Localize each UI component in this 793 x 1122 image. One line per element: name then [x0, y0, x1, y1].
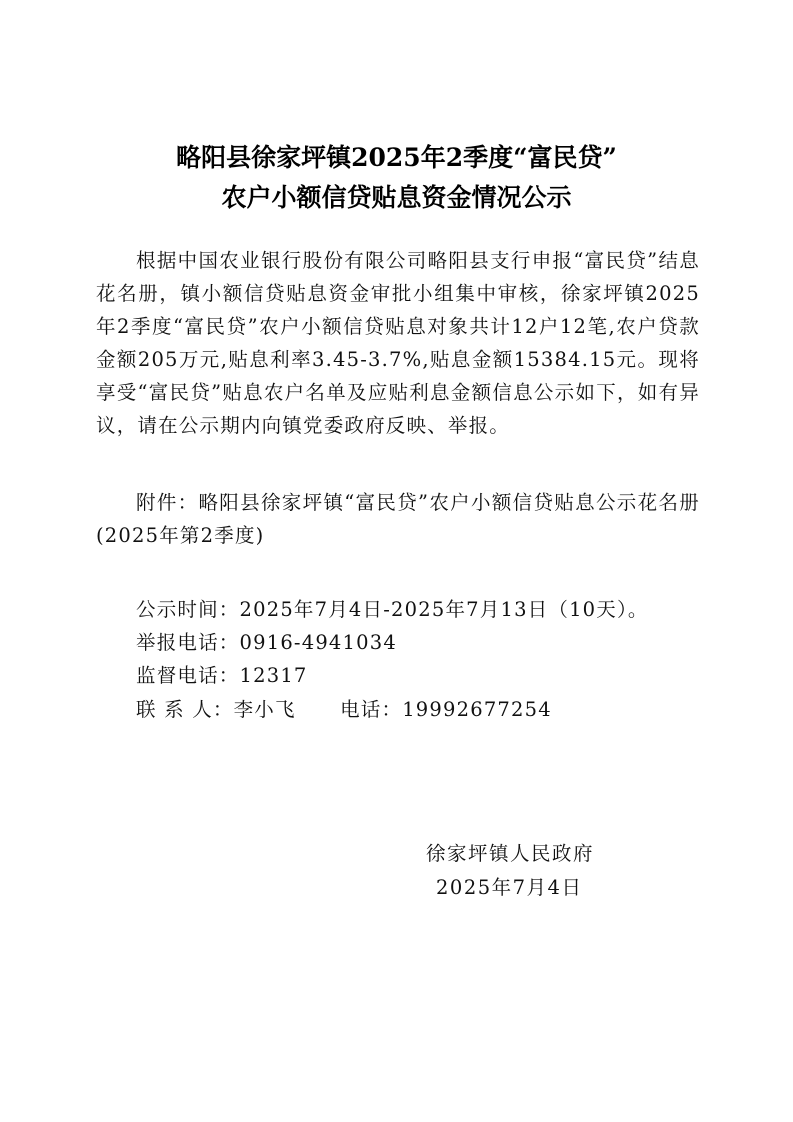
attachment-note: 附件：略阳县徐家坪镇“富民贷”农户小额信贷贴息公示花名册(2025年第2季度) — [96, 486, 700, 552]
supervision-phone: 监督电话：12317 — [136, 660, 308, 688]
notice-period: 公示时间：2025年7月4日-2025年7月13日（10天）。 — [136, 594, 649, 622]
body-paragraph: 根据中国农业银行股份有限公司略阳县支行申报“富民贷”结息花名册，镇小额信贷贴息资… — [96, 244, 700, 442]
report-phone: 举报电话：0916-4941034 — [136, 627, 397, 655]
issuer-signature: 徐家坪镇人民政府 — [426, 838, 594, 866]
contact-person: 联 系 人：李小飞 电话：19992677254 — [136, 694, 552, 722]
issue-date: 2025年7月4日 — [436, 872, 582, 900]
document-title-line1: 略阳县徐家坪镇2025年2季度“富民贷” — [0, 138, 793, 174]
document-title-line2: 农户小额信贷贴息资金情况公示 — [0, 178, 793, 214]
